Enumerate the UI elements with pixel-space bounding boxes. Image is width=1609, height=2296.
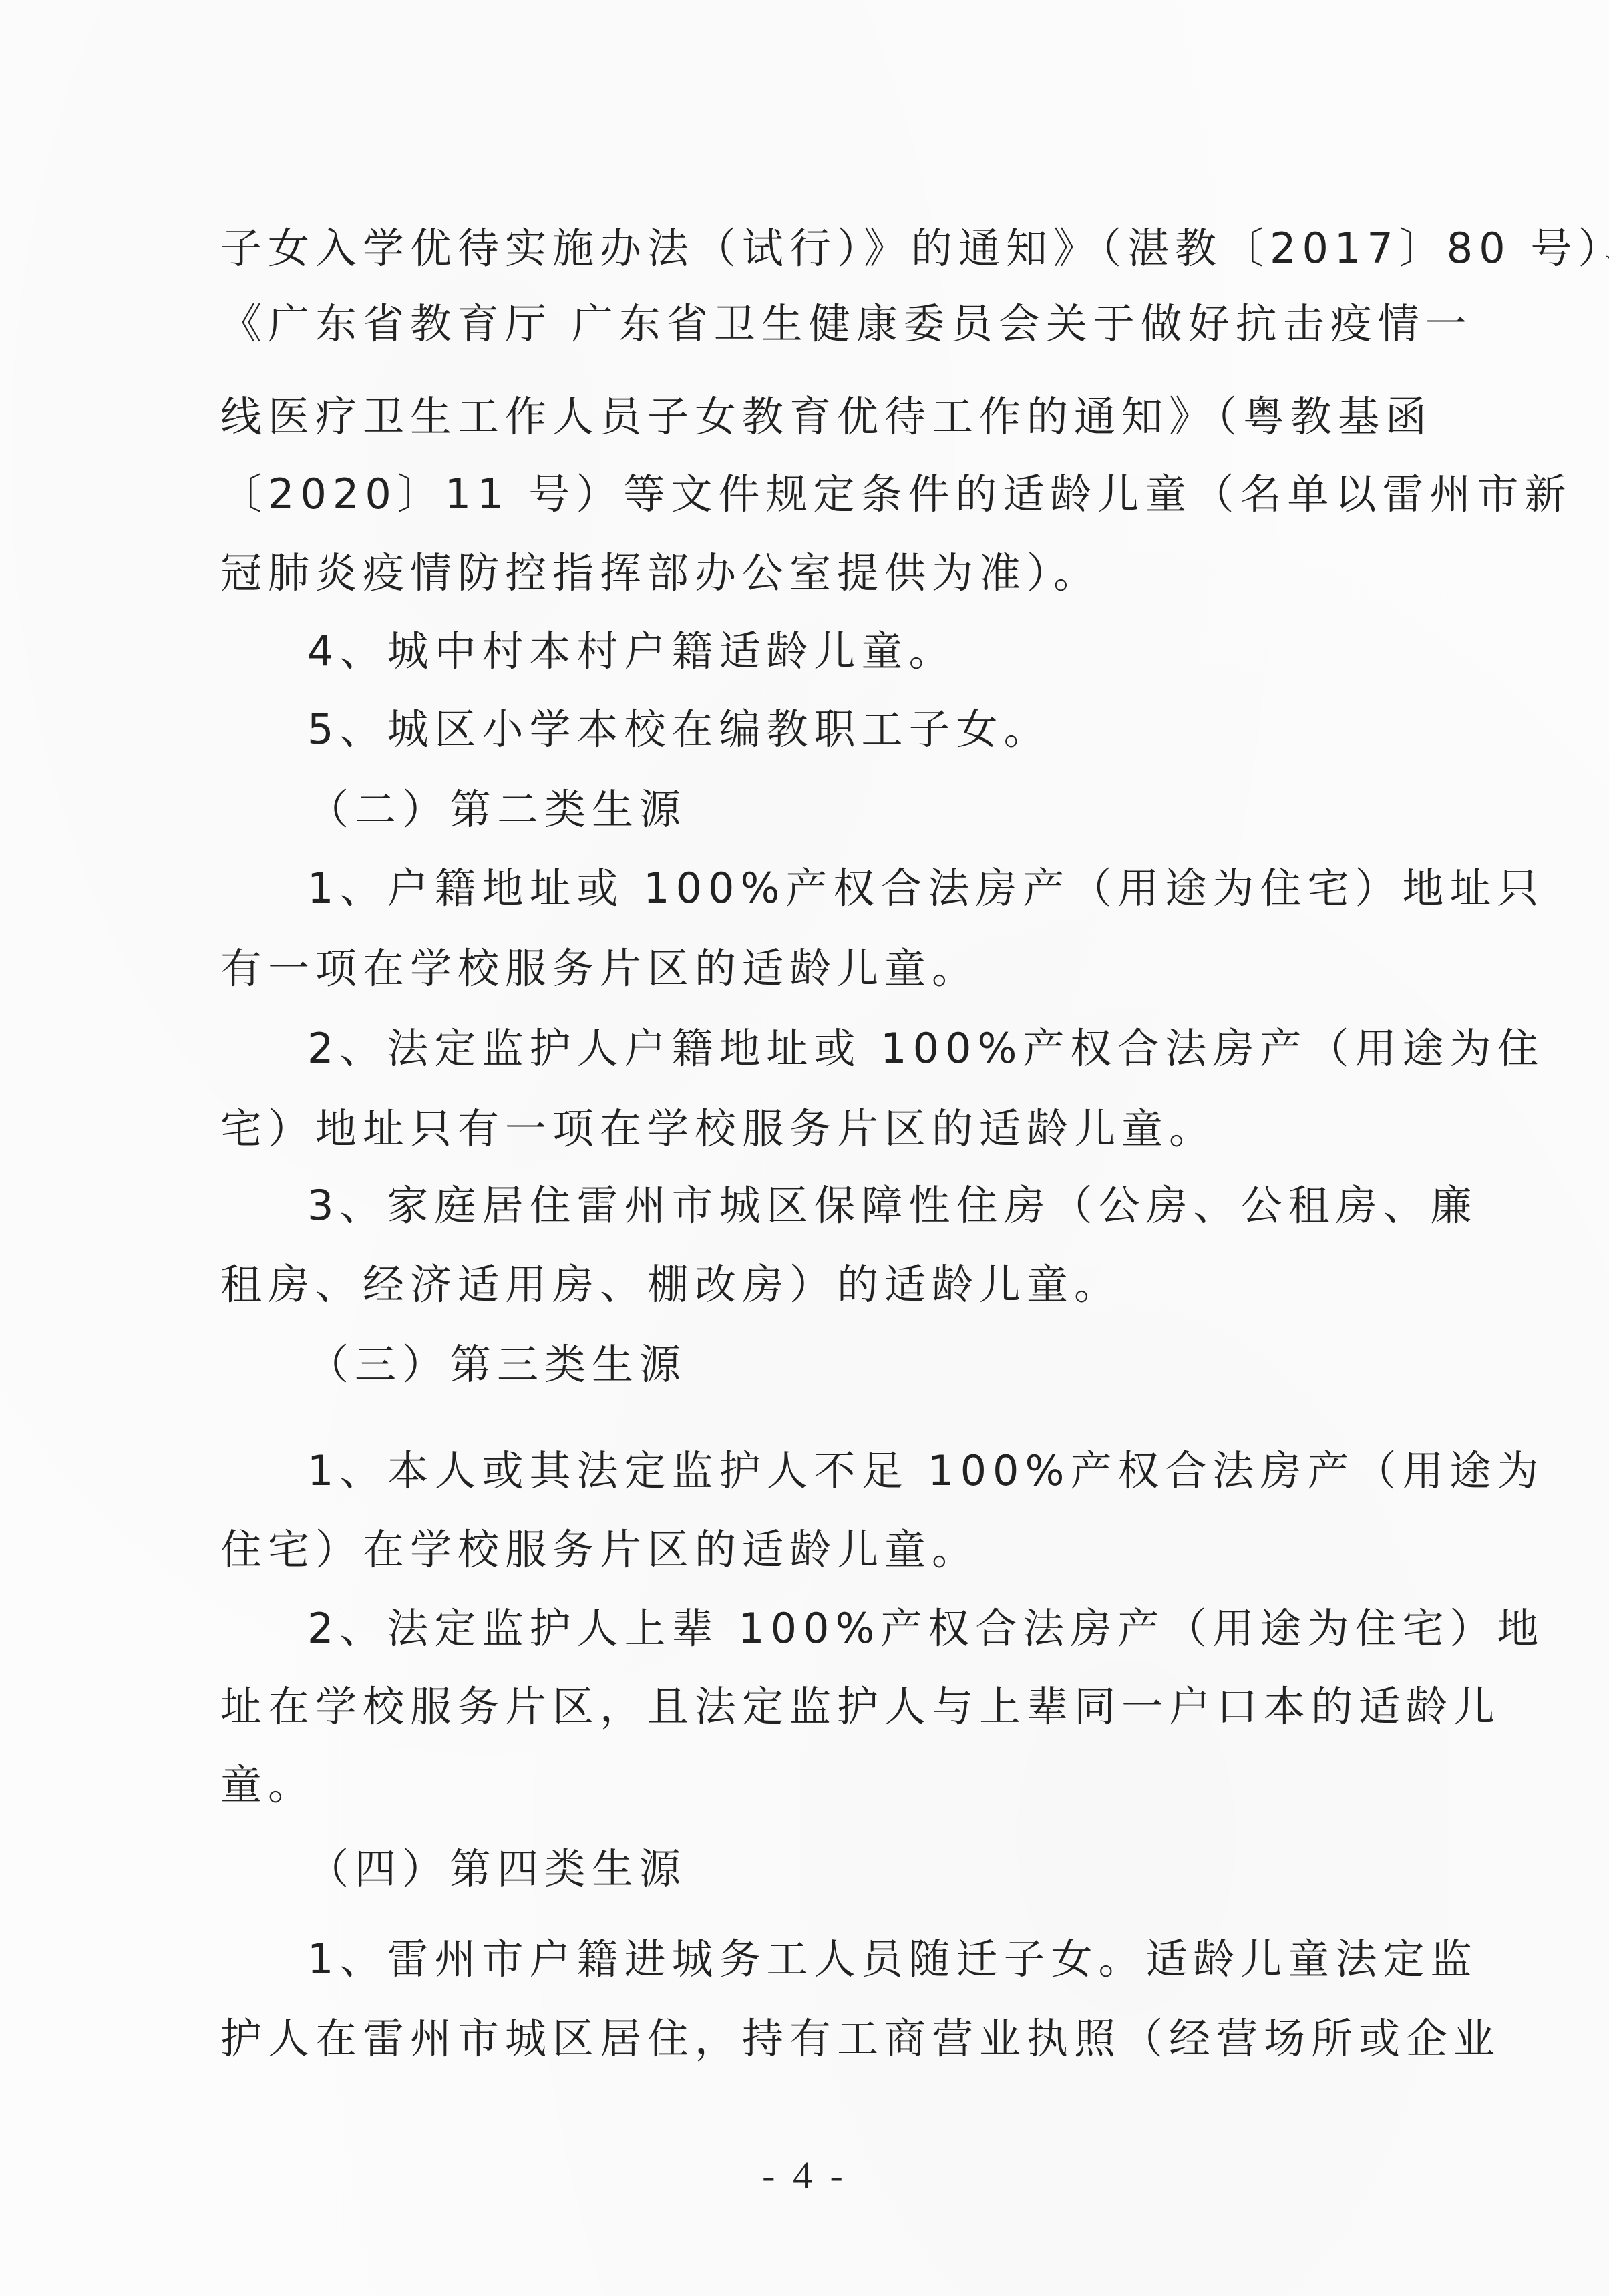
page-number: - 4 - bbox=[0, 2152, 1609, 2199]
text-line: 2、法定监护人户籍地址或 100%产权合法房产（用途为住 bbox=[307, 1022, 1503, 1076]
section-heading-category-2: （二）第二类生源 bbox=[307, 783, 1503, 836]
text-line: 护人在雷州市城区居住，持有工商营业执照（经营场所或企业 bbox=[220, 2012, 1416, 2066]
section-heading-category-3: （三）第三类生源 bbox=[307, 1338, 1503, 1391]
text-line: 《广东省教育厅 广东省卫生健康委员会关于做好抗击疫情一 bbox=[220, 297, 1416, 351]
text-line: 1、本人或其法定监护人不足 100%产权合法房产（用途为 bbox=[307, 1444, 1503, 1498]
text-line: 1、户籍地址或 100%产权合法房产（用途为住宅）地址只 bbox=[307, 862, 1503, 915]
text-line: 有一项在学校服务片区的适龄儿童。 bbox=[220, 942, 1416, 995]
text-line: 冠肺炎疫情防控指挥部办公室提供为准）。 bbox=[220, 546, 1416, 600]
text-line: 〔2020〕11 号）等文件规定条件的适龄儿童（名单以雷州市新 bbox=[220, 468, 1416, 521]
section-heading-category-4: （四）第四类生源 bbox=[307, 1842, 1503, 1896]
text-line: 宅）地址只有一项在学校服务片区的适龄儿童。 bbox=[220, 1102, 1416, 1156]
text-line: 址在学校服务片区，且法定监护人与上辈同一户口本的适龄儿 bbox=[220, 1680, 1416, 1734]
text-line: 3、家庭居住雷州市城区保障性住房（公房、公租房、廉 bbox=[307, 1179, 1503, 1233]
text-line: 线医疗卫生工作人员子女教育优待工作的通知》（粤教基函 bbox=[220, 390, 1416, 444]
text-line: 租房、经济适用房、棚改房）的适龄儿童。 bbox=[220, 1258, 1416, 1311]
text-line: 住宅）在学校服务片区的适龄儿童。 bbox=[220, 1523, 1416, 1577]
text-line: 2、法定监护人上辈 100%产权合法房产（用途为住宅）地 bbox=[307, 1602, 1503, 1655]
text-line: 1、雷州市户籍进城务工人员随迁子女。适龄儿童法定监 bbox=[307, 1933, 1503, 1986]
text-line: 童。 bbox=[220, 1758, 1416, 1812]
text-line: 子女入学优待实施办法（试行）》的通知》（湛教〔2017〕80 号）、 bbox=[220, 222, 1416, 275]
document-page: 子女入学优待实施办法（试行）》的通知》（湛教〔2017〕80 号）、 《广东省教… bbox=[0, 0, 1609, 2296]
list-item-5: 5、城区小学本校在编教职工子女。 bbox=[307, 703, 1503, 756]
list-item-4: 4、城中村本村户籍适龄儿童。 bbox=[307, 625, 1503, 678]
